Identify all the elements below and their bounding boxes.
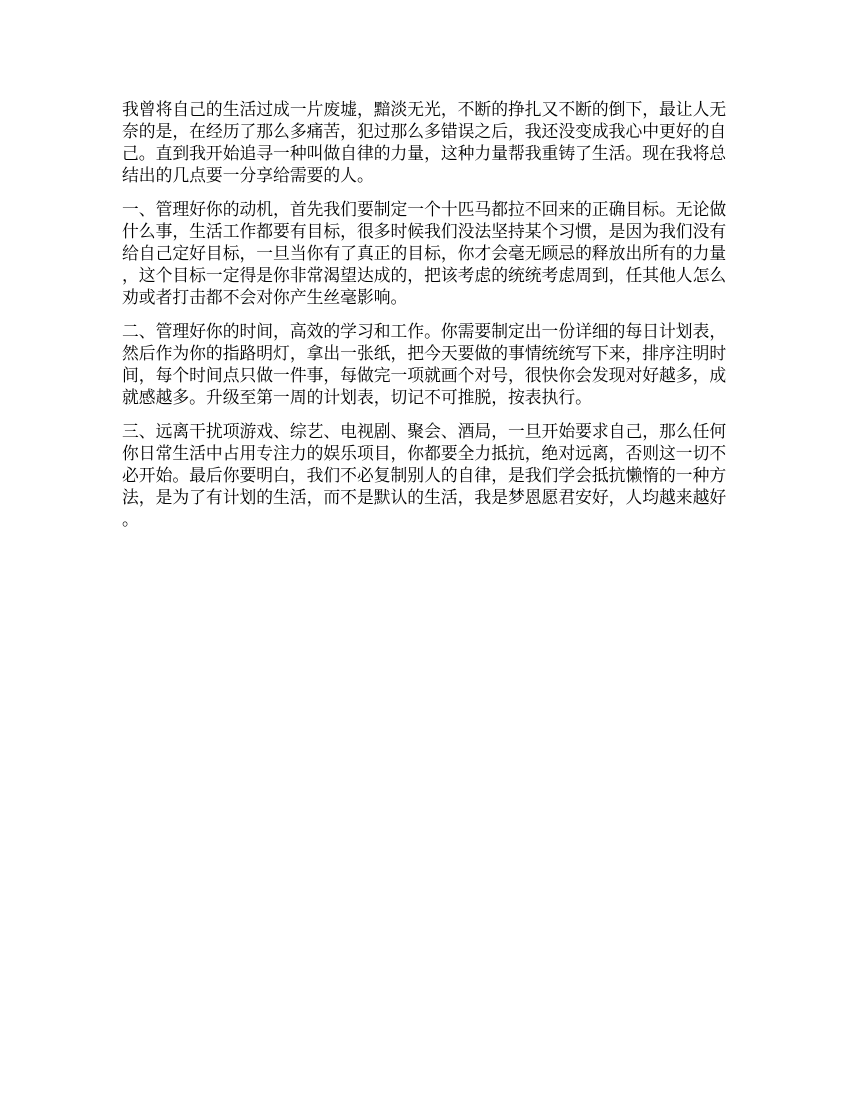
- text-line: 奈的是，在经历了那么多痛苦，犯过那么多错误之后，我还没变成我心中更好的自: [122, 121, 734, 143]
- text-line: 二、管理好你的时间，高效的学习和工作。你需要制定出一份详细的每日计划表，: [122, 321, 734, 343]
- text-line: 给自己定好目标，一旦当你有了真正的目标，你才会毫无顾忌的释放出所有的力量: [122, 243, 734, 265]
- text-line: 你日常生活中占用专注力的娱乐项目，你都要全力抵抗，绝对远离，否则这一切不: [122, 443, 734, 465]
- paragraph: 我曾将自己的生活过成一片废墟，黯淡无光，不断的挣扎又不断的倒下，最让人无奈的是，…: [122, 99, 734, 187]
- text-line: 我曾将自己的生活过成一片废墟，黯淡无光，不断的挣扎又不断的倒下，最让人无: [122, 99, 734, 121]
- paragraph: 一、管理好你的动机，首先我们要制定一个十匹马都拉不回来的正确目标。无论做什么事，…: [122, 199, 734, 309]
- text-line: 什么事，生活工作都要有目标，很多时候我们没法坚持某个习惯，是因为我们没有: [122, 221, 734, 243]
- text-line: ，这个目标一定得是你非常渴望达成的，把该考虑的统统考虑周到，任其他人怎么: [122, 265, 734, 287]
- text-line: 间，每个时间点只做一件事，每做完一项就画个对号，很快你会发现对好越多，成: [122, 365, 734, 387]
- document-page: 我曾将自己的生活过成一片废墟，黯淡无光，不断的挣扎又不断的倒下，最让人无奈的是，…: [0, 0, 850, 1100]
- text-line: 三、远离干扰项游戏、综艺、电视剧、聚会、酒局，一旦开始要求自己，那么任何: [122, 421, 734, 443]
- text-line: 法，是为了有计划的生活，而不是默认的生活，我是梦恩愿君安好，人均越来越好: [122, 487, 734, 509]
- text-line: 一、管理好你的动机，首先我们要制定一个十匹马都拉不回来的正确目标。无论做: [122, 199, 734, 221]
- document-text: 我曾将自己的生活过成一片废墟，黯淡无光，不断的挣扎又不断的倒下，最让人无奈的是，…: [122, 99, 734, 543]
- text-line: 必开始。最后你要明白，我们不必复制别人的自律，是我们学会抵抗懒惰的一种方: [122, 465, 734, 487]
- text-line: 就感越多。升级至第一周的计划表，切记不可推脱，按表执行。: [122, 387, 734, 409]
- paragraph: 三、远离干扰项游戏、综艺、电视剧、聚会、酒局，一旦开始要求自己，那么任何你日常生…: [122, 421, 734, 531]
- paragraph: 二、管理好你的时间，高效的学习和工作。你需要制定出一份详细的每日计划表，然后作为…: [122, 321, 734, 409]
- text-line: 结出的几点要一分享给需要的人。: [122, 165, 734, 187]
- text-line: 然后作为你的指路明灯，拿出一张纸，把今天要做的事情统统写下来，排序注明时: [122, 343, 734, 365]
- text-line: 劝或者打击都不会对你产生丝毫影响。: [122, 287, 734, 309]
- text-line: 。: [122, 509, 734, 531]
- text-line: 己。直到我开始追寻一种叫做自律的力量，这种力量帮我重铸了生活。现在我将总: [122, 143, 734, 165]
